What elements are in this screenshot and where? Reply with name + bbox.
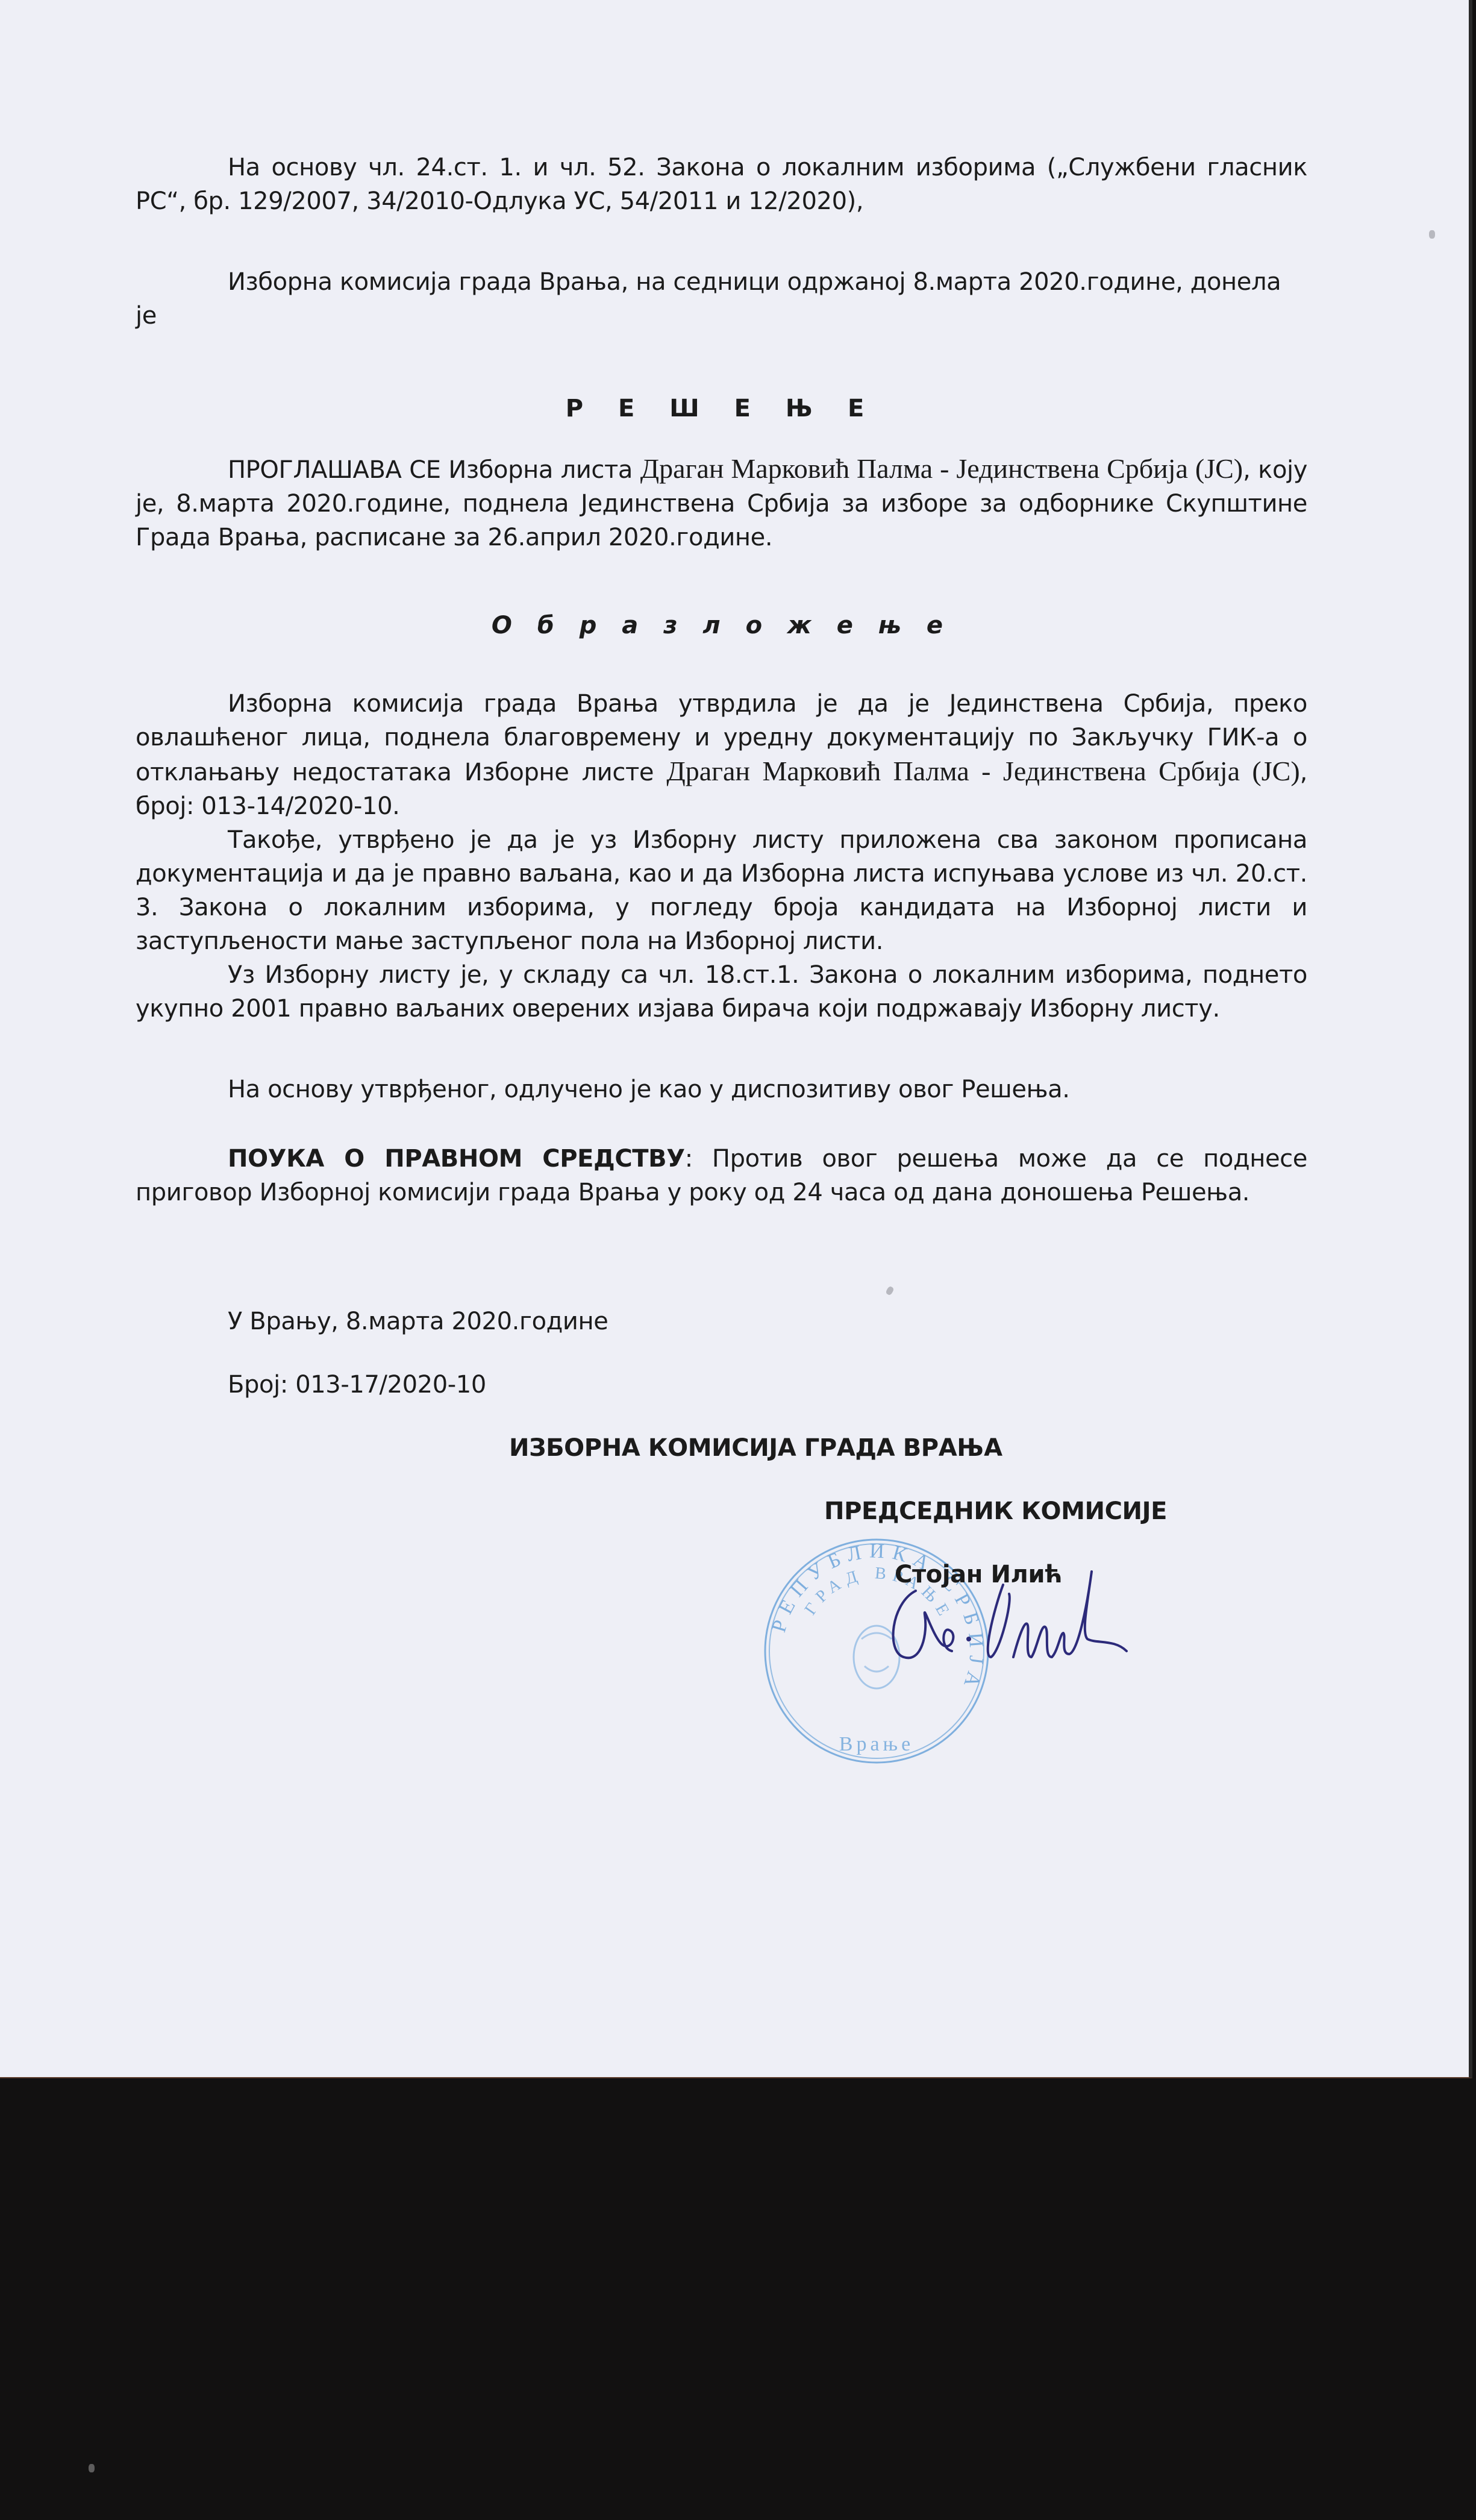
signature-icon — [880, 1567, 1145, 1669]
reasoning-section: Изборна комисија града Врања утврдила је… — [136, 687, 1307, 1026]
electoral-list-name: Драган Марковић Палма - Јединствена Срби… — [640, 453, 1243, 484]
decision-paragraph: ПРОГЛАШАВА СЕ Изборна листа Драган Марко… — [136, 452, 1307, 554]
preamble-text: На основу чл. 24.ст. 1. и чл. 52. Закона… — [136, 154, 1307, 215]
reasoning-title: О б р а з л о ж е њ е — [136, 609, 1307, 642]
document-page: На основу чл. 24.ст. 1. и чл. 52. Закона… — [0, 0, 1472, 2078]
electoral-list-name: Драган Марковић Палма - Јединствена Срби… — [666, 756, 1299, 786]
conclusion-paragraph: На основу утврђеног, одлучено је као у д… — [136, 1073, 1307, 1106]
scan-speck — [89, 2464, 95, 2472]
issuer-name: ИЗБОРНА КОМИСИЈА ГРАДА ВРАЊА — [509, 1431, 1051, 1465]
signatory-title: ПРЕДСЕДНИК КОМИСИЈЕ — [824, 1494, 1246, 1528]
commission-intro: Изборна комисија града Врања, на седници… — [136, 265, 1307, 333]
reasoning-paragraph-1: Изборна комисија града Врања утврдила је… — [136, 687, 1307, 823]
decision-lead: ПРОГЛАШАВА СЕ Изборна листа — [228, 456, 640, 484]
reasoning-paragraph-2: Такође, утврђено је да је уз Изборну лис… — [136, 823, 1307, 958]
place-date: У Врању, 8.марта 2020.године — [228, 1305, 1399, 1338]
legal-remedy-label: ПОУКА О ПРАВНОМ СРЕДСТВУ — [228, 1145, 685, 1173]
scan-speck — [1429, 230, 1435, 239]
svg-text:Врање: Врање — [839, 1733, 914, 1755]
handwritten-signature — [880, 1567, 1145, 1669]
document-number: Број: 013-17/2020-10 — [228, 1368, 1399, 1402]
decision-title: Р Е Ш Е Њ Е — [136, 392, 1307, 425]
commission-intro-text: Изборна комисија града Врања, на седници… — [136, 268, 1281, 330]
scan-speck — [885, 1285, 895, 1296]
reasoning-paragraph-3: Уз Изборну листу је, у складу са чл. 18.… — [136, 958, 1307, 1026]
preamble-paragraph: На основу чл. 24.ст. 1. и чл. 52. Закона… — [136, 151, 1307, 218]
scanner-background — [0, 2078, 1476, 2520]
legal-remedy-paragraph: ПОУКА О ПРАВНОМ СРЕДСТВУ: Против овог ре… — [136, 1142, 1307, 1209]
